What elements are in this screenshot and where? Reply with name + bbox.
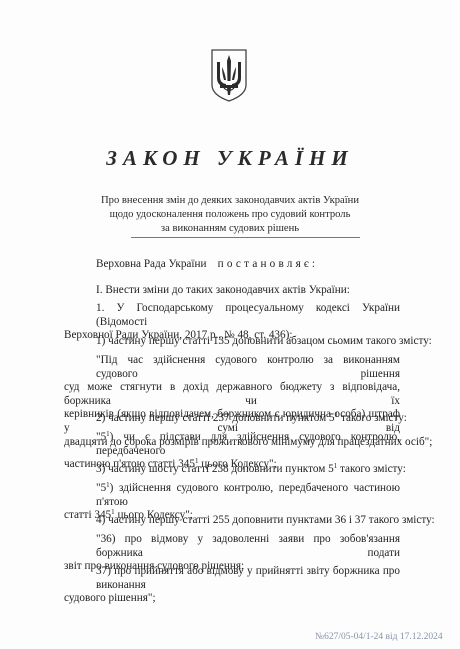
subitem-1: 1) частину першу статті 135 доповнити аб… — [64, 335, 400, 349]
subitem-4-intro: 4) частину першу статті 255 доповнити пу… — [64, 514, 400, 528]
subitem-3-intro: 3) частину шосту статті 238 доповнити пу… — [64, 463, 400, 477]
subitem-4-point-37: 37) про прийняття або відмову у прийнятт… — [64, 565, 400, 606]
quote-line: суд може стягнути в дохід державного бюд… — [64, 381, 400, 408]
tryzub-coat-of-arms-icon — [209, 47, 249, 103]
section-i-heading: І. Внести зміни до таких законодавчих ак… — [64, 284, 400, 298]
subitem-2: 2) частину першу статті 237 доповнити пу… — [64, 412, 400, 426]
preamble-authority: Верховна Рада України — [96, 258, 206, 270]
law-title: ЗАКОН УКРАЇНИ — [0, 146, 460, 171]
subitem-3: 3) частину шосту статті 238 доповнити пу… — [64, 463, 400, 477]
subitem-2-intro: 2) частину першу статті 237 доповнити пу… — [64, 412, 400, 426]
quote-line: 37) про прийняття або відмову у прийнятт… — [64, 565, 400, 592]
law-subtitle: Про внесення змін до деяких законодавчих… — [100, 194, 360, 236]
quote-line: "51) чи є підстави для здійснення судово… — [64, 431, 400, 458]
preamble: Верховна Рада України постановляє: — [64, 258, 400, 272]
subitem-4: 4) частину першу статті 255 доповнити пу… — [64, 514, 400, 528]
quote-line: "51) здійснення судового контролю, перед… — [64, 482, 400, 509]
section-i: І. Внести зміни до таких законодавчих ак… — [64, 284, 400, 298]
subtitle-line: за виконанням судових рішень — [100, 222, 360, 236]
subitem-1-intro: 1) частину першу статті 135 доповнити аб… — [64, 335, 400, 349]
subtitle-divider — [131, 237, 360, 238]
subtitle-line: щодо удосконалення положень про судовий … — [100, 208, 360, 222]
quote-line: "Під час здійснення судового контролю за… — [64, 354, 400, 381]
quote-line: "36) про відмову у задоволенні заяви про… — [64, 533, 400, 560]
subtitle-line: Про внесення змін до деяких законодавчих… — [100, 194, 360, 208]
quote-line: судового рішення"; — [64, 592, 400, 606]
preamble-verb: постановляє: — [218, 258, 319, 270]
item-1-line-1: 1. У Господарському процесуальному кодек… — [64, 302, 400, 329]
document-page: ЗАКОН УКРАЇНИ Про внесення змін до деяки… — [0, 0, 460, 649]
registration-stamp: №627/05-04/1-24 від 17.12.2024 — [315, 632, 443, 642]
